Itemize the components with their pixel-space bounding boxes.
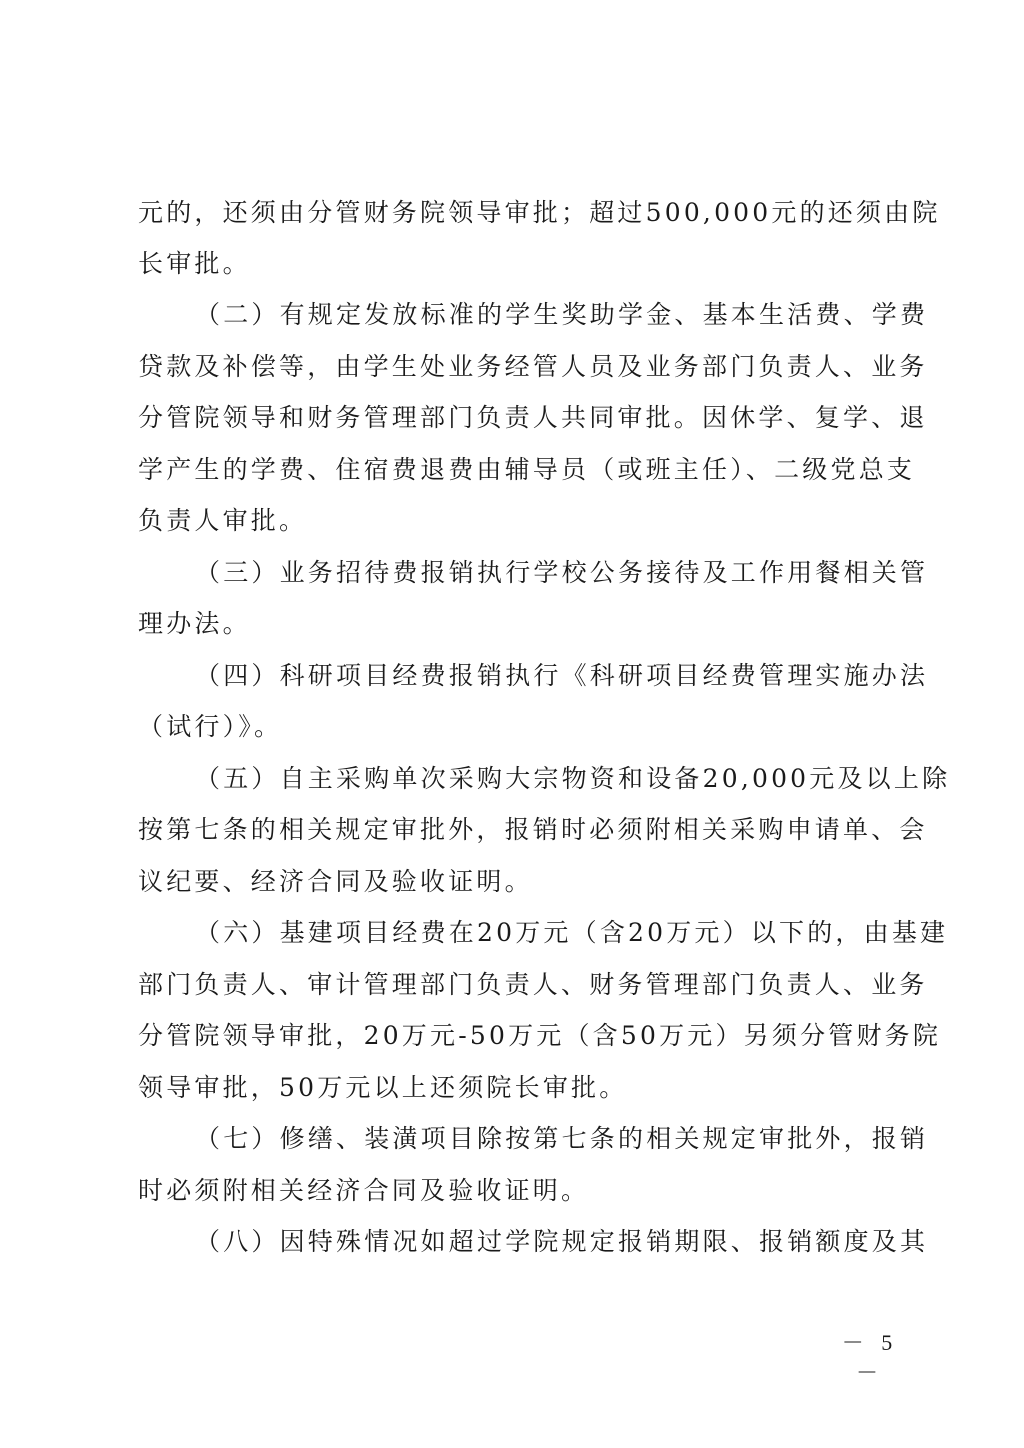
text-line-1: 元的，还须由分管财务院领导审批；超过500,000元的还须由院 xyxy=(138,198,898,228)
text-line-7: 负责人审批。 xyxy=(138,506,898,536)
clause-8-heading-line: （八）因特殊情况如超过学院规定报销期限、报销额度及其 xyxy=(195,1227,898,1257)
clause-7-heading-line: （七）修缮、装潢项目除按第七条的相关规定审批外，报销 xyxy=(195,1124,898,1154)
document-page: 元的，还须由分管财务院领导审批；超过500,000元的还须由院 长审批。 （二）… xyxy=(0,0,1024,1448)
text-line-4: 贷款及补偿等，由学生处业务经管人员及业务部门负责人、业务 xyxy=(138,352,898,382)
clause-2-heading-line: （二）有规定发放标准的学生奖助学金、基本生活费、学费 xyxy=(195,300,898,330)
text-line-6: 学产生的学费、住宿费退费由辅导员（或班主任）、二级党总支 xyxy=(138,455,898,485)
text-line-9: 理办法。 xyxy=(138,609,898,639)
clause-3-heading-line: （三）业务招待费报销执行学校公务接待及工作用餐相关管 xyxy=(195,558,898,588)
clause-6-heading-line: （六）基建项目经费在20万元（含20万元）以下的，由基建 xyxy=(195,918,898,948)
text-line-11: （试行）》。 xyxy=(138,712,898,742)
page-number: － 5 － xyxy=(830,1328,910,1388)
clause-5-heading-line: （五）自主采购单次采购大宗物资和设备20,000元及以上除 xyxy=(195,764,898,794)
text-line-13: 按第七条的相关规定审批外，报销时必须附相关采购申请单、会 xyxy=(138,815,898,845)
text-line-17: 分管院领导审批，20万元-50万元（含50万元）另须分管财务院 xyxy=(138,1021,898,1051)
text-line-5: 分管院领导和财务管理部门负责人共同审批。因休学、复学、退 xyxy=(138,403,898,433)
text-line-18: 领导审批，50万元以上还须院长审批。 xyxy=(138,1073,898,1103)
text-line-14: 议纪要、经济合同及验收证明。 xyxy=(138,867,898,897)
clause-4-heading-line: （四）科研项目经费报销执行《科研项目经费管理实施办法 xyxy=(195,661,898,691)
text-line-20: 时必须附相关经济合同及验收证明。 xyxy=(138,1176,898,1206)
text-line-2: 长审批。 xyxy=(138,249,898,279)
text-line-16: 部门负责人、审计管理部门负责人、财务管理部门负责人、业务 xyxy=(138,970,898,1000)
